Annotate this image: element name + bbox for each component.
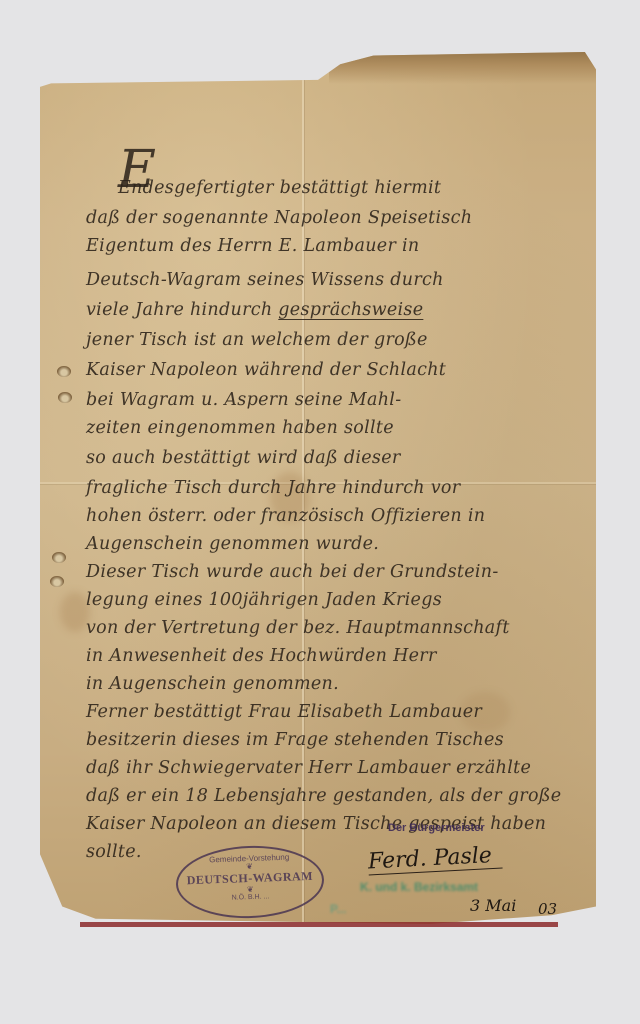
red-underlay-edge bbox=[80, 922, 558, 927]
text-line: daß der sogenannte Napoleon Speisetisch bbox=[86, 208, 472, 228]
text-line: fragliche Tisch durch Jahre hindurch vor bbox=[86, 478, 460, 498]
text-line: von der Vertretung der bez. Hauptmannsch… bbox=[86, 618, 510, 638]
text-line: jener Tisch ist an welchem der große bbox=[86, 330, 428, 350]
green-stamp-line-1: K. und k. Bezirksamt bbox=[360, 880, 478, 894]
text-line: viele Jahre hindurch gesprächsweise bbox=[86, 300, 423, 320]
text-line: Kaiser Napoleon während der Schlacht bbox=[86, 360, 446, 380]
text-line: Augenschein genommen wurde. bbox=[86, 534, 379, 554]
text-line: bei Wagram u. Aspern seine Mahl- bbox=[86, 390, 401, 410]
text-line: besitzerin dieses im Frage stehenden Tis… bbox=[86, 730, 504, 750]
date-year: 03 bbox=[538, 900, 557, 918]
text-line: Deutsch-Wagram seines Wissens durch bbox=[86, 270, 444, 290]
mayor-title-stamp: Der Bürgermeister bbox=[388, 822, 485, 834]
text-line: Dieser Tisch wurde auch bei der Grundste… bbox=[86, 562, 499, 582]
text-line: Ferner bestättigt Frau Elisabeth Lambaue… bbox=[86, 702, 482, 722]
date-day-month: 3 Mai bbox=[470, 896, 516, 915]
text-line: in Anwesenheit des Hochwürden Herr bbox=[86, 646, 437, 666]
punch-hole-icon bbox=[50, 576, 64, 587]
text-line: legung eines 100jährigen Jaden Kriegs bbox=[86, 590, 442, 610]
punch-hole-icon bbox=[57, 366, 71, 377]
text-line: Eigentum des Herrn E. Lambauer in bbox=[86, 236, 419, 256]
punch-hole-icon bbox=[52, 552, 66, 563]
text-line: zeiten eingenommen haben sollte bbox=[86, 418, 394, 438]
text-line: so auch bestättigt wird daß dieser bbox=[86, 448, 401, 468]
text-line: daß er ein 18 Lebensjahre gestanden, als… bbox=[86, 786, 561, 806]
underlined-word: gesprächsweise bbox=[278, 300, 423, 320]
text-line: Endesgefertigter bestättigt hiermit bbox=[118, 178, 441, 198]
green-stamp-line-2: P... bbox=[330, 902, 346, 916]
text-line: sollte. bbox=[86, 842, 142, 862]
text-line: hohen österr. oder französisch Offiziere… bbox=[86, 506, 485, 526]
punch-hole-icon bbox=[58, 392, 72, 403]
text-line: daß ihr Schwiegervater Herr Lambauer erz… bbox=[86, 758, 531, 778]
torn-top-edge bbox=[329, 52, 596, 84]
text-line: in Augenschein genommen. bbox=[86, 674, 339, 694]
